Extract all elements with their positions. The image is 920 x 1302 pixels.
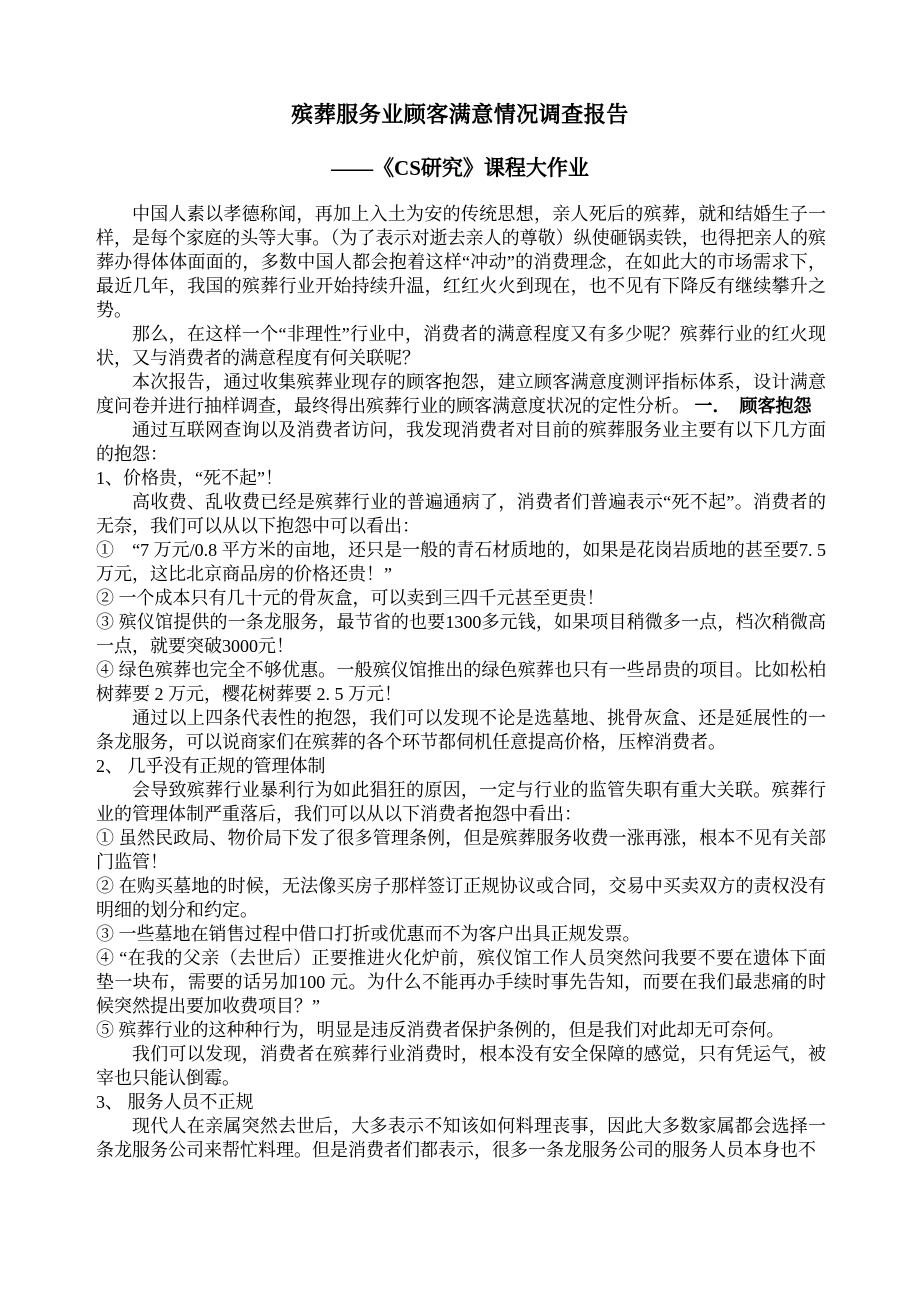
paragraph: 那么，在这样一个“非理性”行业中，消费者的满意程度又有多少呢？殡葬行业的红火现状… bbox=[96, 322, 826, 370]
paragraph-run: 3、 服务人员不正规 bbox=[96, 1092, 254, 1112]
paragraph-run: 那么，在这样一个“非理性”行业中，消费者的满意程度又有多少呢？殡葬行业的红火现状… bbox=[96, 324, 826, 368]
paragraph-run: 2、 几乎没有正规的管理体制 bbox=[96, 756, 326, 776]
paragraph-run: 1、价格贵，“死不起”！ bbox=[96, 468, 283, 488]
paragraph: 通过以上四条代表性的抱怨，我们可以发现不论是选墓地、挑骨灰盒、还是延展性的一条龙… bbox=[96, 706, 826, 754]
document-body: 中国人素以孝德称闻，再加上入土为安的传统思想，亲人死后的殡葬，就和结婚生子一样，… bbox=[96, 202, 826, 1162]
paragraph-run: ④ “在我的父亲（去世后）正要推进火化炉前，殡仪馆工作人员突然问我要不要在遗体下… bbox=[96, 948, 826, 1016]
paragraph-run: ② 在购买墓地的时候，无法像买房子那样签订正规协议或合同，交易中买卖双方的责权没… bbox=[96, 876, 826, 920]
paragraph-run: ① 虽然民政局、物价局下发了很多管理条例，但是殡葬服务收费一涨再涨，根本不见有关… bbox=[96, 828, 826, 872]
page-subtitle: ——《CS研究》课程大作业 bbox=[0, 154, 920, 182]
paragraph-run: 高收费、乱收费已经是殡葬行业的普遍通病了，消费者们普遍表示“死不起”。消费者的无… bbox=[96, 492, 826, 536]
paragraph: 我们可以发现，消费者在殡葬行业消费时，根本没有安全保障的感觉，只有凭运气，被宰也… bbox=[96, 1042, 826, 1090]
paragraph-run: ① “7 万元/0.8 平方米的亩地，还只是一般的青石材质地的，如果是花岗岩质地… bbox=[96, 540, 826, 584]
paragraph-run: 会导致殡葬行业暴利行为如此猖狂的原因，一定与行业的监管失职有重大关联。殡葬行业的… bbox=[96, 780, 826, 824]
paragraph-run: 我们可以发现，消费者在殡葬行业消费时，根本没有安全保障的感觉，只有凭运气，被宰也… bbox=[96, 1044, 826, 1088]
page-title: 殡葬服务业顾客满意情况调查报告 bbox=[0, 100, 920, 130]
paragraph: ⑤ 殡葬行业的这种种行为，明显是违反消费者保护条例的，但是我们对此却无可奈何。 bbox=[96, 1018, 826, 1042]
paragraph: ① “7 万元/0.8 平方米的亩地，还只是一般的青石材质地的，如果是花岗岩质地… bbox=[96, 538, 826, 586]
paragraph-run: 中国人素以孝德称闻，再加上入土为安的传统思想，亲人死后的殡葬，就和结婚生子一样，… bbox=[96, 204, 826, 320]
paragraph-run: 现代人在亲属突然去世后，大多表示不知该如何料理丧事，因此大多数家属都会选择一条龙… bbox=[96, 1116, 826, 1160]
paragraph: ④ 绿色殡葬也完全不够优惠。一般殡仪馆推出的绿色殡葬也只有一些昂贵的项目。比如松… bbox=[96, 658, 826, 706]
paragraph-run: ⑤ 殡葬行业的这种种行为，明显是违反消费者保护条例的，但是我们对此却无可奈何。 bbox=[96, 1020, 785, 1040]
paragraph: ① 虽然民政局、物价局下发了很多管理条例，但是殡葬服务收费一涨再涨，根本不见有关… bbox=[96, 826, 826, 874]
paragraph: 1、价格贵，“死不起”！ bbox=[96, 466, 826, 490]
paragraph: 会导致殡葬行业暴利行为如此猖狂的原因，一定与行业的监管失职有重大关联。殡葬行业的… bbox=[96, 778, 826, 826]
paragraph: 3、 服务人员不正规 bbox=[96, 1090, 826, 1114]
paragraph-run: 通过互联网查询以及消费者访问，我发现消费者对目前的殡葬服务业主要有以下几方面的抱… bbox=[96, 420, 826, 464]
paragraph: 中国人素以孝德称闻，再加上入土为安的传统思想，亲人死后的殡葬，就和结婚生子一样，… bbox=[96, 202, 826, 322]
paragraph: 通过互联网查询以及消费者访问，我发现消费者对目前的殡葬服务业主要有以下几方面的抱… bbox=[96, 418, 826, 466]
paragraph-run: ③ 殡仪馆提供的一条龙服务，最节省的也要1300多元钱，如果项目稍微多一点，档次… bbox=[96, 612, 826, 656]
paragraph-run: 通过以上四条代表性的抱怨，我们可以发现不论是选墓地、挑骨灰盒、还是延展性的一条龙… bbox=[96, 708, 826, 752]
paragraph: ④ “在我的父亲（去世后）正要推进火化炉前，殡仪馆工作人员突然问我要不要在遗体下… bbox=[96, 946, 826, 1018]
paragraph-bold-run: 一． 顾客抱怨 bbox=[695, 396, 812, 416]
paragraph: ② 一个成本只有几十元的骨灰盒，可以卖到三四千元甚至更贵！ bbox=[96, 586, 826, 610]
paragraph-run: ③ 一些墓地在销售过程中借口打折或优惠而不为客户出具正规发票。 bbox=[96, 924, 641, 944]
paragraph-run: ② 一个成本只有几十元的骨灰盒，可以卖到三四千元甚至更贵！ bbox=[96, 588, 605, 608]
paragraph: 现代人在亲属突然去世后，大多表示不知该如何料理丧事，因此大多数家属都会选择一条龙… bbox=[96, 1114, 826, 1162]
paragraph: 高收费、乱收费已经是殡葬行业的普遍通病了，消费者们普遍表示“死不起”。消费者的无… bbox=[96, 490, 826, 538]
paragraph-run: ④ 绿色殡葬也完全不够优惠。一般殡仪馆推出的绿色殡葬也只有一些昂贵的项目。比如松… bbox=[96, 660, 826, 704]
paragraph: 本次报告，通过收集殡葬业现存的顾客抱怨，建立顾客满意度测评指标体系，设计满意度问… bbox=[96, 370, 826, 418]
paragraph: 2、 几乎没有正规的管理体制 bbox=[96, 754, 826, 778]
paragraph: ② 在购买墓地的时候，无法像买房子那样签订正规协议或合同，交易中买卖双方的责权没… bbox=[96, 874, 826, 922]
paragraph: ③ 殡仪馆提供的一条龙服务，最节省的也要1300多元钱，如果项目稍微多一点，档次… bbox=[96, 610, 826, 658]
paragraph: ③ 一些墓地在销售过程中借口打折或优惠而不为客户出具正规发票。 bbox=[96, 922, 826, 946]
document-page: 殡葬服务业顾客满意情况调查报告 ——《CS研究》课程大作业 中国人素以孝德称闻，… bbox=[0, 0, 920, 1302]
